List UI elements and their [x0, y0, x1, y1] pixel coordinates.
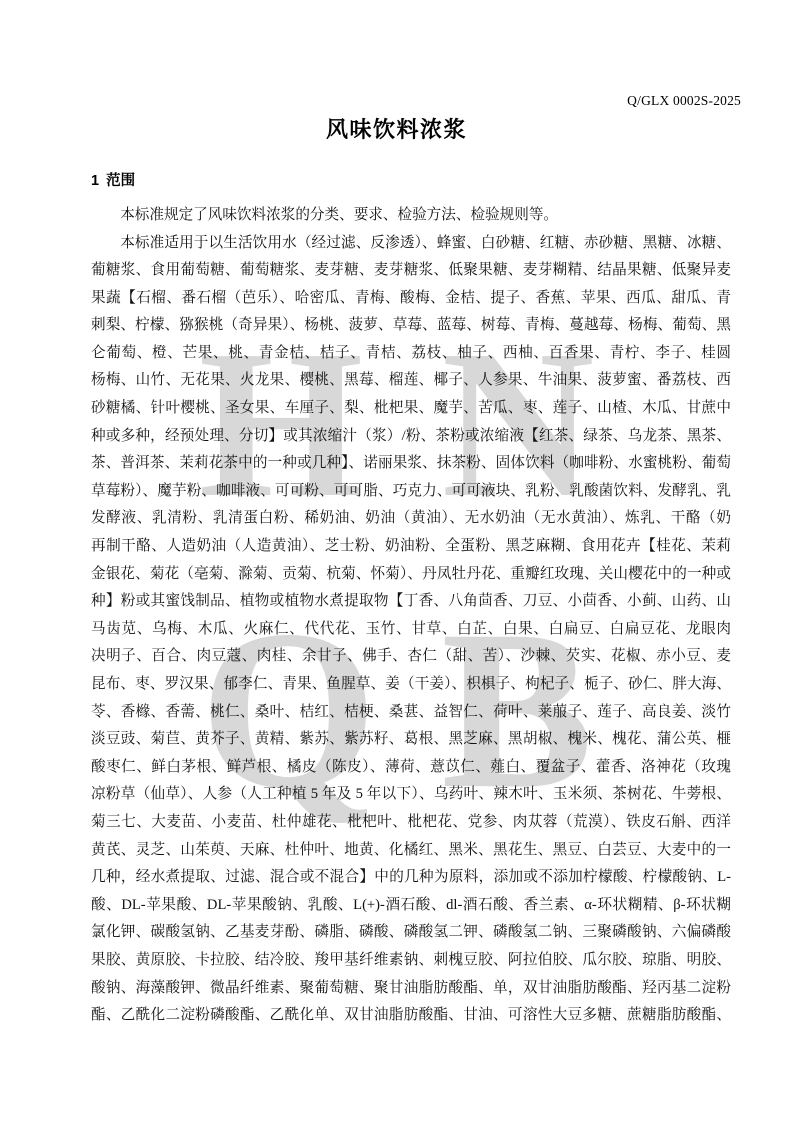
text-line: 果蔬【石榴、番石榴（芭乐）、哈密瓜、青梅、酸梅、金桔、提子、香蕉、苹果、西瓜、甜… — [91, 285, 731, 313]
text-line: 酸枣仁、鲜白茅根、鲜芦根、橘皮（陈皮）、薄荷、薏苡仁、薤白、覆盆子、藿香、洛神花… — [91, 754, 731, 782]
text-line: 杨梅、山竹、无花果、火龙果、樱桃、黑莓、榴莲、椰子、人参果、牛油果、菠萝蜜、番荔… — [91, 367, 731, 395]
text-line: 刺梨、柠檬、猕猴桃（奇异果）、杨桃、菠萝、草莓、蓝莓、树莓、青梅、蔓越莓、杨梅、… — [91, 312, 731, 340]
section-title: 范围 — [106, 173, 135, 189]
text-line: 菊三七、大麦苗、小麦苗、杜仲雄花、枇杷叶、枇杷花、党参、肉苁蓉（荒漠）、铁皮石斛… — [91, 809, 731, 837]
text-line: 种或多种，经预处理、分切】或其浓缩汁（浆）/粉、茶粉或浓缩液【红茶、绿茶、乌龙茶… — [91, 423, 731, 451]
text-line: 发酵液、乳清粉、乳清蛋白粉、稀奶油、奶油（黄油）、无水奶油（无水黄油）、炼乳、干… — [91, 505, 731, 533]
text-line: 仑葡萄、橙、芒果、桃、青金桔、桔子、青桔、荔枝、柚子、西柚、百香果、青柠、李子、… — [91, 340, 731, 368]
text-line: 葡糖浆、食用葡萄糖、葡萄糖浆、麦芽糖、麦芽糖浆、低聚果糖、麦芽糊精、结晶果糖、低… — [91, 257, 731, 285]
text-line: 茶、普洱茶、茉莉花茶中的一种或几种】、诺丽果浆、抹茶粉、固体饮料（咖啡粉、水蜜桃… — [91, 450, 731, 478]
text-line: 氯化钾、碳酸氢钠、乙基麦芽酚、磷脂、磷酸、磷酸氢二钾、磷酸氢二钠、三聚磷酸钠、六… — [91, 919, 731, 947]
paragraph-scope: 本标准规定了风味饮料浓浆的分类、要求、检验方法、检验规则等。 — [91, 202, 731, 230]
text-line: 凉粉草（仙草）、人参（人工种植 5 年及 5 年以下）、乌药叶、辣木叶、玉米须、… — [91, 781, 731, 809]
section-number: 1 — [91, 173, 99, 189]
text-line: 苓、香橼、香薷、桃仁、桑叶、桔红、桔梗、桑葚、益智仁、荷叶、莱菔子、莲子、高良姜… — [91, 699, 731, 727]
text-line: 金银花、菊花（亳菊、滁菊、贡菊、杭菊、怀菊）、丹凤牡丹花、重瓣红玫瑰、关山樱花中… — [91, 561, 731, 589]
page-title: 风味饮料浓浆 — [0, 113, 793, 144]
paragraph-applicability: 本标准适用于以生活饮用水（经过滤、反渗透）、蜂蜜、白砂糖、红糖、赤砂糖、黑糖、冰… — [91, 230, 731, 1030]
document-page: HN QB Q/GLX 0002S-2025 风味饮料浓浆 1范围 本标准规定了… — [0, 0, 793, 1122]
text-line: 决明子、百合、肉豆蔻、肉桂、余甘子、佛手、杏仁（甜、苦）、沙棘、芡实、花椒、赤小… — [91, 643, 731, 671]
text-line: 马齿苋、乌梅、木瓜、火麻仁、代代花、玉竹、甘草、白芷、白果、白扁豆、白扁豆花、龙… — [91, 616, 731, 644]
text-line: 酸、DL-苹果酸、DL-苹果酸钠、乳酸、L(+)-酒石酸、dl-酒石酸、香兰素、… — [91, 892, 731, 920]
section-heading: 1范围 — [91, 169, 135, 190]
text-line: 淡豆豉、菊苣、黄芥子、黄精、紫苏、紫苏籽、葛根、黑芝麻、黑胡椒、槐米、槐花、蒲公… — [91, 726, 731, 754]
doc-number: Q/GLX 0002S-2025 — [627, 93, 741, 109]
text-line: 酯、乙酰化二淀粉磷酸酯、乙酰化单、双甘油脂肪酸酯、甘油、可溶性大豆多糖、蔗糖脂肪… — [91, 1002, 731, 1030]
text-line: 草莓粉）、魔芋粉、咖啡液、可可粉、可可脂、巧克力、可可液块、乳粉、乳酸菌饮料、发… — [91, 478, 731, 506]
text-line: 本标准适用于以生活饮用水（经过滤、反渗透）、蜂蜜、白砂糖、红糖、赤砂糖、黑糖、冰… — [91, 230, 731, 258]
text-line: 再制干酪、人造奶油（人造黄油）、芝士粉、奶油粉、全蛋粉、黑芝麻糊、食用花卉【桂花… — [91, 533, 731, 561]
text-line: 黄芪、灵芝、山茱萸、天麻、杜仲叶、地黄、化橘红、黑米、黑花生、黑豆、白芸豆、大麦… — [91, 837, 731, 865]
text-line: 几种，经水煮提取、过滤、混合或不混合】中的几种为原料，添加或不添加柠檬酸、柠檬酸… — [91, 864, 731, 892]
text-line: 砂糖橘、针叶樱桃、圣女果、车厘子、梨、枇杷果、魔芋、苦瓜、枣、莲子、山楂、木瓜、… — [91, 395, 731, 423]
text-line: 果胶、黄原胶、卡拉胶、结冷胶、羧甲基纤维素钠、刺槐豆胶、阿拉伯胶、瓜尔胶、琼脂、… — [91, 947, 731, 975]
text-line: 种】粉或其蜜饯制品、植物或植物水煮提取物【丁香、八角茴香、刀豆、小茴香、小蓟、山… — [91, 588, 731, 616]
text-line: 昆布、枣、罗汉果、郁李仁、青果、鱼腥草、姜（干姜）、枳椇子、枸杞子、栀子、砂仁、… — [91, 671, 731, 699]
text-line: 酸钠、海藻酸钾、微晶纤维素、聚葡萄糖、聚甘油脂肪酸酯、单，双甘油脂肪酸酯、羟丙基… — [91, 975, 731, 1003]
